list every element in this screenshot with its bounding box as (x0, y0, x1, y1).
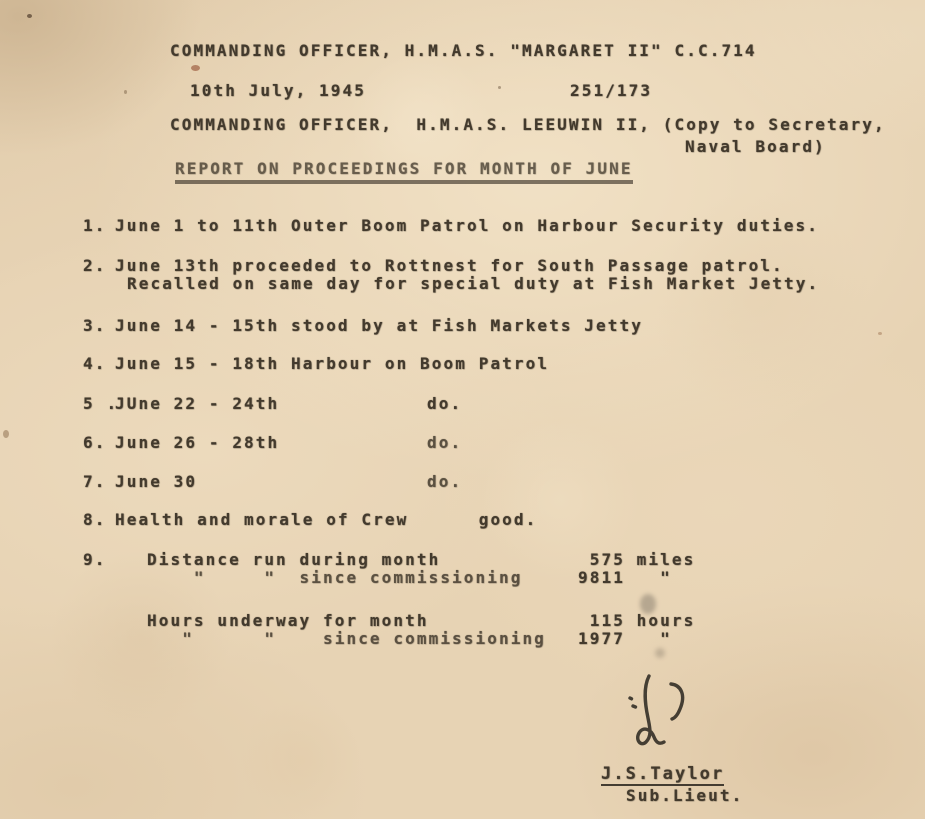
item-number: 6. (83, 432, 106, 454)
ditto-mark: do. (427, 471, 462, 493)
item-number: 1. (83, 215, 106, 237)
addressee-continuation: Naval Board) (685, 136, 826, 158)
item-text: June 30 (115, 471, 197, 493)
signatory-name: J.S.Taylor (601, 763, 724, 785)
signatory-rank: Sub.Lieut. (626, 785, 743, 807)
paper-speck (3, 430, 9, 438)
item-text: JUne 22 - 24th (115, 393, 279, 415)
item-text: June 1 to 11th Outer Boom Patrol on Harb… (115, 215, 819, 237)
hours-commissioning-label: " " since commissioning (147, 628, 546, 650)
item-text: June 26 - 28th (115, 432, 279, 454)
item-number: 8. (83, 509, 106, 531)
item-number: 7. (83, 471, 106, 493)
paper-speck (27, 14, 32, 18)
handwritten-signature (618, 668, 710, 760)
item-text: Health and morale of Crew good. (115, 509, 537, 531)
addressee-line: COMMANDING OFFICER, H.M.A.S. LEEUWIN II,… (170, 114, 886, 136)
signatory-name-text: J.S.Taylor (601, 764, 724, 786)
report-title-text: REPORT ON PROCEEDINGS FOR MONTH OF JUNE (175, 159, 633, 184)
ditto-mark: do. (427, 393, 462, 415)
report-document-page: COMMANDING OFFICER, H.M.A.S. "MARGARET I… (0, 0, 925, 819)
item-number: 5 . (83, 393, 118, 415)
paper-speck (878, 332, 882, 335)
distance-commissioning-value: 9811 " (578, 567, 672, 589)
reference-number: 251/173 (570, 80, 652, 102)
item-text: June 15 - 18th Harbour on Boom Patrol (115, 353, 549, 375)
item-number: 9. (83, 549, 106, 571)
ditto-mark: do. (427, 432, 462, 454)
item-number: 4. (83, 353, 106, 375)
paper-speck (191, 65, 200, 71)
hours-commissioning-value: 1977 " (578, 628, 672, 650)
item-text-continuation: Recalled on same day for special duty at… (127, 273, 819, 295)
distance-commissioning-label: " " since commissioning (147, 567, 522, 589)
document-heading: COMMANDING OFFICER, H.M.A.S. "MARGARET I… (170, 40, 757, 62)
document-date: 10th July, 1945 (190, 80, 366, 102)
paper-speck (124, 90, 127, 94)
item-number: 3. (83, 315, 106, 337)
item-number: 2. (83, 255, 106, 277)
paper-speck (498, 86, 501, 89)
report-title: REPORT ON PROCEEDINGS FOR MONTH OF JUNE (175, 158, 633, 180)
item-text: June 14 - 15th stood by at Fish Markets … (115, 315, 643, 337)
